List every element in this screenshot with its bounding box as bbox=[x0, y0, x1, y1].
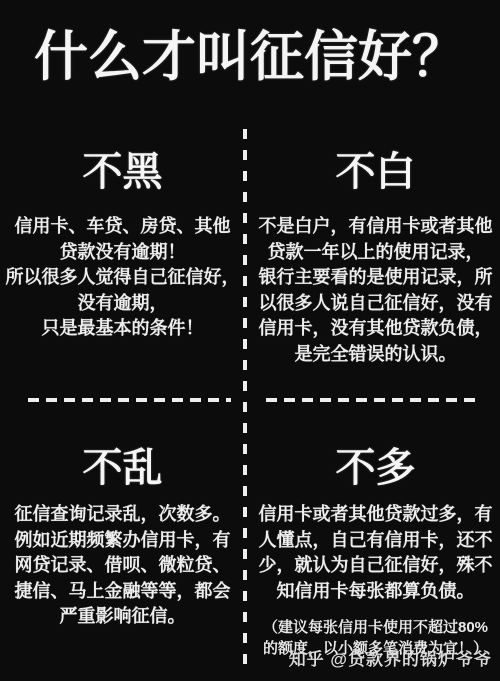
quadrant-body-not-black: 信用卡、车贷、房贷、其他 贷款没有逾期！ 所以很多人觉得自己征信好， 没有逾期，… bbox=[0, 214, 245, 342]
horizontal-dashed-divider-left bbox=[28, 398, 231, 402]
quadrant-not-many: 不多 信用卡或者其他贷款过多，有 人懂点，自己有信用卡，还不 少，就认为自己征信… bbox=[253, 446, 498, 659]
quadrant-heading-not-many: 不多 bbox=[253, 446, 498, 490]
quadrant-not-messy: 不乱 征信查询记录乱，次数多。 例如近期频繁办信用卡，有 网贷记录、借呗、微粒贷… bbox=[0, 446, 245, 630]
quadrant-body-not-blank: 不是白户，有信用卡或者其他 贷款一年以上的使用记录， 银行主要看的是使用记录，所… bbox=[253, 214, 498, 367]
credit-infographic-poster: 什么才叫征信好？ 不黑 信用卡、车贷、房贷、其他 贷款没有逾期！ 所以很多人觉得… bbox=[0, 0, 500, 681]
quadrant-body-not-messy: 征信查询记录乱，次数多。 例如近期频繁办信用卡，有 网贷记录、借呗、微粒贷、 捷… bbox=[0, 502, 245, 630]
page-title: 什么才叫征信好？ bbox=[0, 26, 500, 88]
quadrant-heading-not-blank: 不白 bbox=[253, 150, 498, 194]
horizontal-dashed-divider-right bbox=[266, 398, 480, 402]
vertical-dashed-divider bbox=[243, 129, 247, 672]
watermark-zhihu: 知乎 @贷款界的锅炉爷爷 bbox=[289, 649, 492, 671]
quadrant-not-blank: 不白 不是白户，有信用卡或者其他 贷款一年以上的使用记录， 银行主要看的是使用记… bbox=[253, 150, 498, 367]
quadrant-not-black: 不黑 信用卡、车贷、房贷、其他 贷款没有逾期！ 所以很多人觉得自己征信好， 没有… bbox=[0, 150, 245, 342]
quadrant-heading-not-black: 不黑 bbox=[0, 150, 245, 194]
quadrant-heading-not-messy: 不乱 bbox=[0, 446, 245, 490]
quadrant-body-not-many: 信用卡或者其他贷款过多，有 人懂点，自己有信用卡，还不 少，就认为自己征信好，殊… bbox=[253, 502, 498, 604]
